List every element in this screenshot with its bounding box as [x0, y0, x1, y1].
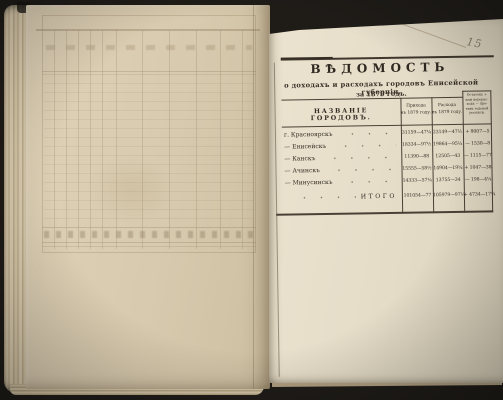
- income-value: 15555—58½: [401, 166, 432, 171]
- leader-dots: [290, 195, 356, 200]
- paper-crease-line: [396, 22, 466, 48]
- column-header-balance: Остатокъ + или перерас- ходъ — про- тивъ…: [462, 92, 491, 115]
- book-leaf-stack: [2, 2, 270, 396]
- total-income-value: 101054—77: [402, 193, 433, 198]
- expense-value: 12505—43: [432, 153, 463, 158]
- expense-header-line2: въ 1879 году.: [432, 109, 463, 116]
- margin-fold-line: [274, 63, 280, 377]
- city-name: — Енисейскъ: [284, 142, 326, 150]
- total-balance-value: + 4734—17¼: [464, 192, 493, 197]
- ghost-bottom-rule-2: [42, 246, 256, 247]
- folio-number-pencil: 15: [465, 35, 483, 51]
- expense-value: 14904—19¼: [432, 165, 463, 170]
- income-value: 11390—88: [401, 154, 432, 159]
- city-name: г. Красноярскъ: [284, 130, 333, 138]
- leader-dots: [337, 131, 396, 136]
- ghost-total-figures: [44, 231, 254, 238]
- leader-dots: [325, 167, 397, 172]
- printed-content: 15 ВѢДОМОСТЬ о доходахъ и расходахъ горо…: [266, 17, 503, 385]
- leader-dots: [338, 179, 397, 184]
- total-row: ИТОГО 101054—77 105979—97½ + 4734—17¼: [283, 187, 493, 205]
- page-crease: [253, 5, 254, 389]
- table-row: — Минусинскъ 14333—57¼ 13755—34 — 198—4¼: [283, 173, 493, 188]
- income-value: 18334—97½: [401, 142, 432, 147]
- expense-value: 13755—34: [433, 177, 464, 182]
- balance-value: — 1530—8: [463, 141, 492, 146]
- photographed-book-spread: 15 ВѢДОМОСТЬ о доходахъ и расходахъ горо…: [0, 0, 503, 400]
- balance-value: — 198—4¼: [464, 177, 493, 182]
- income-value: 31159—47¼: [401, 130, 432, 135]
- balance-value: + 1047—38: [463, 165, 492, 170]
- income-value: 14333—57¼: [402, 178, 433, 183]
- leader-dots: [320, 155, 396, 160]
- balance-value: — 1115—77: [463, 153, 492, 158]
- expense-value: 19864—95¼: [432, 141, 463, 146]
- paper-stain: [86, 155, 176, 225]
- ghost-bottom-rule: [42, 242, 256, 243]
- total-label: ИТОГО: [361, 193, 402, 201]
- total-expense-value: 105979—97½: [433, 193, 464, 198]
- city-name: — Канскъ: [284, 155, 315, 162]
- city-name: — Ачинскъ: [284, 167, 319, 175]
- income-header-line2: въ 1879 году.: [401, 110, 432, 117]
- column-header-income: Прихода въ 1879 году.: [400, 103, 431, 116]
- income-expense-table: НАЗВАНІЕ ГОРОДОВЪ. Прихода въ 1879 году.…: [281, 96, 493, 213]
- leader-dots: [331, 143, 396, 148]
- table-bottom-rule: [276, 210, 493, 215]
- column-header-cities: НАЗВАНІЕ ГОРОДОВЪ.: [284, 107, 399, 123]
- balance-value: + 8007—5: [463, 129, 492, 134]
- column-header-expense: Расхода въ 1879 году.: [431, 103, 462, 116]
- document-title: ВѢДОМОСТЬ: [267, 59, 493, 77]
- expense-value: 23149—47½: [432, 129, 463, 134]
- city-name: — Минусинскъ: [285, 178, 333, 186]
- ghost-total-rule: [42, 227, 256, 228]
- left-page-verso: [26, 5, 270, 389]
- right-page-recto: 15 ВѢДОМОСТЬ о доходахъ и расходахъ горо…: [269, 19, 503, 383]
